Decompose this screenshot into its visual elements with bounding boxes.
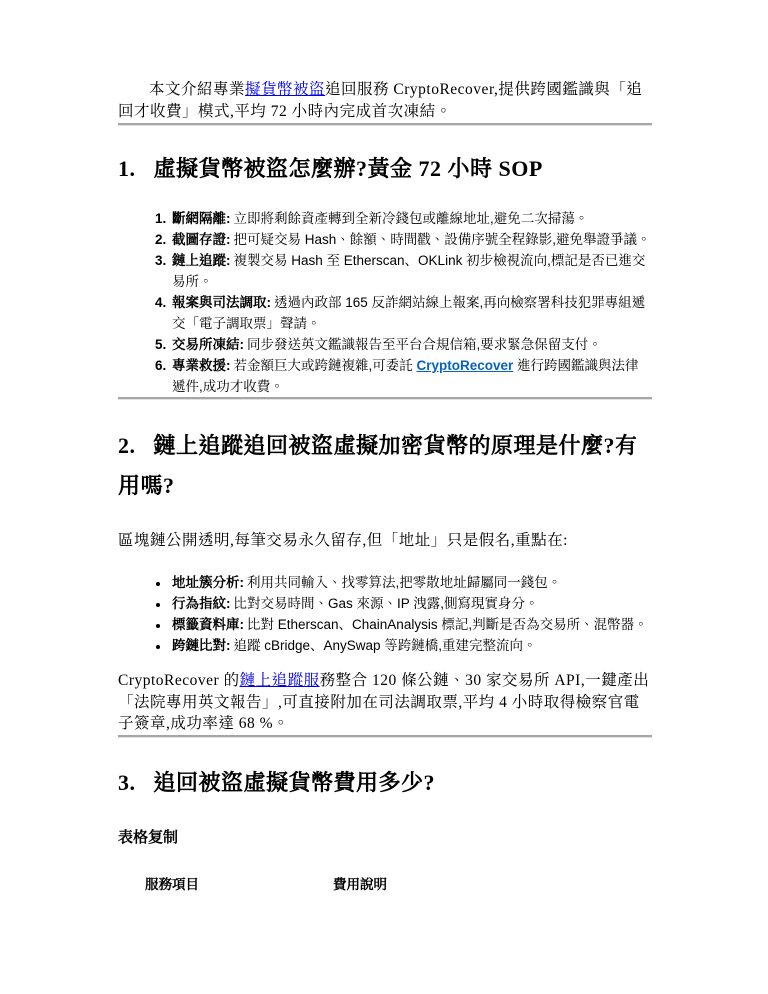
principle-item-label: 標籤資料庫: [172, 617, 244, 632]
section1-heading: 1.虛擬貨幣被盜怎麼辦?黃金 72 小時 SOP [118, 154, 652, 184]
principle-item-label: 地址簇分析: [172, 575, 244, 590]
principle-item-text: 比對 Etherscan、ChainAnalysis 標記,判斷是否為交易所、混… [247, 617, 648, 632]
principle-item-label: 行為指紋: [172, 596, 231, 611]
section3-heading: 3.追回被盜虛擬貨幣費用多少? [118, 768, 652, 798]
onchain-tracing-link[interactable]: 鏈上追蹤服 [240, 672, 320, 689]
cryptorecover-link[interactable]: CryptoRecover [417, 358, 514, 373]
fee-table-header-cost: 費用說明 [333, 873, 521, 893]
section3-heading-number: 3. [118, 770, 136, 795]
sop-item-label: 斷網隔離: [172, 211, 231, 226]
intro-text-pre: 本文介紹專業 [149, 81, 245, 98]
principle-item: 標籤資料庫:比對 Etherscan、ChainAnalysis 標記,判斷是否… [170, 614, 652, 635]
principle-item-text: 比對交易時間、Gas 來源、IP 洩露,側寫現實身分。 [234, 596, 539, 611]
sop-item-label: 專業救援: [172, 358, 231, 373]
section3-heading-text: 追回被盜虛擬貨幣費用多少? [154, 770, 436, 795]
outro-text-pre: CryptoRecover 的 [118, 672, 240, 689]
sop-item-text: 複製交易 Hash 至 Etherscan、OKLink 初步檢視流向,標記是否… [172, 253, 645, 289]
table-caption: 表格复制 [118, 826, 652, 847]
principle-item: 跨鏈比對:追蹤 cBridge、AnySwap 等跨鏈橋,重建完整流向。 [170, 635, 652, 656]
principle-item-label: 跨鏈比對: [172, 638, 231, 653]
principle-item-text: 利用共同輸入、找零算法,把零散地址歸屬同一錢包。 [247, 575, 561, 590]
principle-item: 地址簇分析:利用共同輸入、找零算法,把零散地址歸屬同一錢包。 [170, 572, 652, 593]
sop-item-text: 立即將剩餘資產轉到全新冷錢包或離線地址,避免二次掃蕩。 [234, 211, 589, 226]
section1-heading-text: 虛擬貨幣被盜怎麼辦?黃金 72 小時 SOP [154, 156, 543, 181]
section-divider [118, 735, 652, 738]
sop-ordered-list: 斷網隔離:立即將剩餘資產轉到全新冷錢包或離線地址,避免二次掃蕩。 截圖存證:把可… [118, 208, 652, 397]
sop-item: 專業救援:若金額巨大或跨鏈複雜,可委託 CryptoRecover 進行跨國鑑識… [170, 355, 652, 397]
section-divider [118, 397, 652, 400]
sop-item-text: 同步發送英文鑑識報告至平台合規信箱,要求緊急保留支付。 [247, 337, 602, 352]
principle-item-text: 追蹤 cBridge、AnySwap 等跨鏈橋,重建完整流向。 [234, 638, 537, 653]
sop-item-label: 截圖存證: [172, 232, 231, 247]
sop-item: 報案與司法調取:透過內政部 165 反詐網站線上報案,再向檢察署科技犯罪專組遞交… [170, 292, 652, 334]
section2-heading-text: 鏈上追蹤追回被盜虛擬加密貨幣的原理是什麼?有用嗎? [118, 433, 638, 498]
sop-item: 交易所凍結:同步發送英文鑑識報告至平台合規信箱,要求緊急保留支付。 [170, 334, 652, 355]
section1-heading-number: 1. [118, 156, 136, 181]
sop-item-label: 交易所凍結: [172, 337, 244, 352]
section2-heading: 2.鏈上追蹤追回被盜虛擬加密貨幣的原理是什麼?有用嗎? [118, 426, 652, 506]
sop-item-text: 把可疑交易 Hash、餘額、時間戳、設備序號全程錄影,避免舉證爭議。 [234, 232, 651, 247]
sop-item-text: 若金額巨大或跨鏈複雜,可委託 [234, 358, 417, 373]
section2-heading-number: 2. [118, 433, 136, 458]
sop-item-label: 報案與司法調取: [172, 295, 271, 310]
stolen-crypto-link[interactable]: 擬貨幣被盜 [245, 81, 325, 98]
section2-outro-paragraph: CryptoRecover 的鏈上追蹤服務整合 120 條公鏈、30 家交易所 … [118, 670, 652, 735]
principle-bullet-list: 地址簇分析:利用共同輸入、找零算法,把零散地址歸屬同一錢包。 行為指紋:比對交易… [118, 572, 652, 656]
sop-item: 鏈上追蹤:複製交易 Hash 至 Etherscan、OKLink 初步檢視流向… [170, 250, 652, 292]
principle-item: 行為指紋:比對交易時間、Gas 來源、IP 洩露,側寫現實身分。 [170, 593, 652, 614]
sop-item: 斷網隔離:立即將剩餘資產轉到全新冷錢包或離線地址,避免二次掃蕩。 [170, 208, 652, 229]
document-page: 本文介紹專業擬貨幣被盜追回服務 CryptoRecover,提供跨國鑑識與「追回… [0, 0, 768, 893]
fee-table-header-row: 服務項目 費用說明 [145, 873, 521, 893]
intro-paragraph: 本文介紹專業擬貨幣被盜追回服務 CryptoRecover,提供跨國鑑識與「追回… [118, 79, 652, 123]
sop-item: 截圖存證:把可疑交易 Hash、餘額、時間戳、設備序號全程錄影,避免舉證爭議。 [170, 229, 652, 250]
section2-lead-paragraph: 區塊鏈公開透明,每筆交易永久留存,但「地址」只是假名,重點在: [118, 530, 652, 552]
fee-table-header-service: 服務項目 [145, 873, 333, 893]
fee-table: 服務項目 費用說明 [145, 873, 521, 893]
sop-item-label: 鏈上追蹤: [172, 253, 231, 268]
section-divider [118, 123, 652, 126]
